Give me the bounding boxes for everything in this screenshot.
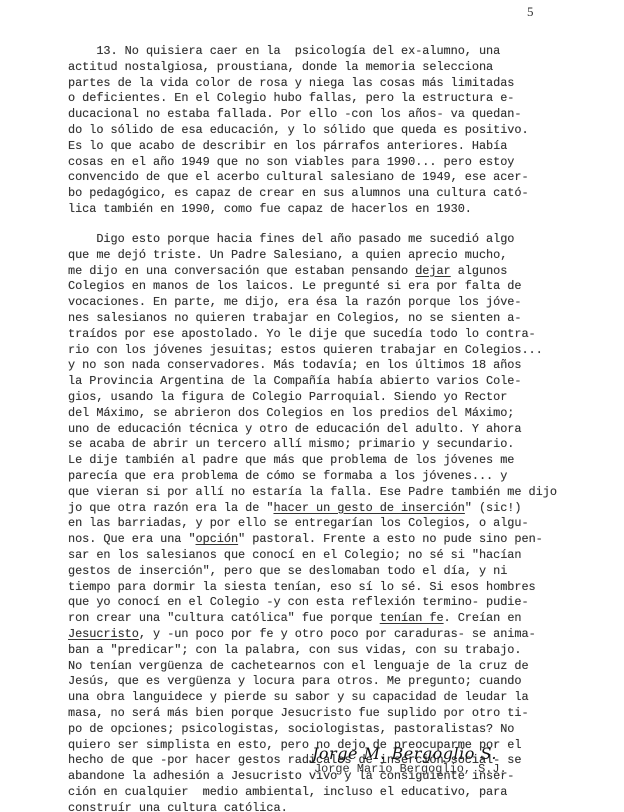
paragraph-digo-esto: Digo esto porque hacia fines del año pas… [68, 232, 624, 812]
text-line: jo que otra razón era la de "hacer un ge… [68, 501, 624, 517]
text-segment: uno de educación técnica y otro de educa… [68, 422, 521, 436]
text-segment: se acaba de abrir un tercero allí mismo;… [68, 437, 514, 451]
text-line: ban a "predicar"; con la palabra, con su… [68, 643, 624, 659]
text-segment: , y -un poco por fe y otro poco por cara… [139, 627, 536, 641]
text-segment: po de opciones; psicologistas, sociologi… [68, 722, 514, 736]
handwritten-signature: Jorge M. Bergoglio S. [312, 744, 497, 763]
text-line: Colegios en manos de los laicos. Le preg… [68, 279, 624, 295]
text-segment: la Provincia Argentina de la Compañía ha… [68, 374, 521, 388]
text-line: gios, usando la figura de Colegio Parroq… [68, 390, 624, 406]
text-line: se acaba de abrir un tercero allí mismo;… [68, 437, 624, 453]
text-line: convencido de que el acerbo cultural sal… [68, 170, 624, 186]
text-line: masa, no será más bien porque Jesucristo… [68, 706, 624, 722]
text-line: y no son nada conservadores. Más todavía… [68, 358, 624, 374]
text-segment: nes salesianos no quieren trabajar en Co… [68, 311, 521, 325]
text-line: nos. Que era una "opción" pastoral. Fren… [68, 532, 624, 548]
text-line: construír una cultura católica. [68, 801, 624, 812]
text-line: bo pedagógico, es capaz de crear en sus … [68, 186, 624, 202]
text-line: que me dejó triste. Un Padre Salesiano, … [68, 248, 624, 264]
text-segment: gestos de inserción", pero que se deslom… [68, 564, 507, 578]
text-segment: ducacional no estaba fallada. Por ello -… [68, 107, 521, 121]
text-line: traídos por ese apostolado. Yo le dije q… [68, 327, 624, 343]
text-segment: algunos [451, 264, 508, 278]
text-segment: bo pedagógico, es capaz de crear en sus … [68, 186, 529, 200]
text-segment: ron crear una "cultura católica" fue por… [68, 611, 380, 625]
text-segment: que me dejó triste. Un Padre Salesiano, … [68, 248, 507, 262]
underlined-phrase: opción [196, 532, 239, 546]
text-segment: gios, usando la figura de Colegio Parroq… [68, 390, 507, 404]
text-line: lica también en 1990, como fue capaz de … [68, 202, 624, 218]
text-line: po de opciones; psicologistas, sociologi… [68, 722, 624, 738]
text-line: que yo conocí en el Colegio -y con esta … [68, 595, 624, 611]
text-line: gestos de inserción", pero que se deslom… [68, 564, 624, 580]
paragraph-13: 13. No quisiera caer en la psicología de… [68, 44, 624, 218]
text-line: uno de educación técnica y otro de educa… [68, 422, 624, 438]
text-segment: construír una cultura católica. [68, 801, 288, 812]
text-segment: ban a "predicar"; con la palabra, con su… [68, 643, 521, 657]
text-segment: sar en los salesianos que conocí en el C… [68, 548, 521, 562]
text-segment: me dijo en una conversación que estaban … [68, 264, 415, 278]
text-segment: del Máximo, se abrieron dos Colegios en … [68, 406, 514, 420]
underlined-phrase: Jesucristo [68, 627, 139, 641]
text-line: en las barriadas, y por ello se entregar… [68, 516, 624, 532]
text-line: partes de la vida color de rosa y niega … [68, 76, 624, 92]
text-segment: do lo sólido de esa educación, y lo sóli… [68, 123, 529, 137]
text-segment: Es lo que acabo de describir en los párr… [68, 139, 507, 153]
text-line: do lo sólido de esa educación, y lo sóli… [68, 123, 624, 139]
text-segment: traídos por ese apostolado. Yo le dije q… [68, 327, 536, 341]
text-line: ción en cualquier medio ambiental, inclu… [68, 785, 624, 801]
text-segment: actitud nostalgiosa, proustiana, donde l… [68, 60, 493, 74]
text-segment: 13. No quisiera caer en la psicología de… [68, 44, 500, 58]
text-line: tiempo para dormir la siesta tenían, eso… [68, 580, 624, 596]
underlined-phrase: dejar [415, 264, 450, 278]
text-line: Le dije también al padre que más que pro… [68, 453, 624, 469]
text-segment: " (sic!) [465, 501, 522, 515]
text-segment: Jesús, que es vergüenza y locura para ot… [68, 674, 521, 688]
text-segment: rio con los jóvenes jesuitas; estos quie… [68, 343, 543, 357]
text-segment: No tenían vergüenza de cachetearnos con … [68, 659, 529, 673]
text-line: Jesús, que es vergüenza y locura para ot… [68, 674, 624, 690]
text-line: o deficientes. En el Colegio hubo fallas… [68, 91, 624, 107]
underlined-phrase: tenían fe [380, 611, 444, 625]
text-line: Digo esto porque hacia fines del año pas… [68, 232, 624, 248]
text-line: No tenían vergüenza de cachetearnos con … [68, 659, 624, 675]
text-segment: o deficientes. En el Colegio hubo fallas… [68, 91, 514, 105]
text-line: del Máximo, se abrieron dos Colegios en … [68, 406, 624, 422]
text-segment: en las barriadas, y por ello se entregar… [68, 516, 529, 530]
text-line: una obra languidece y pierde su sabor y … [68, 690, 624, 706]
text-line: cosas en el año 1949 que no son viables … [68, 155, 624, 171]
text-segment: ción en cualquier medio ambiental, inclu… [68, 785, 507, 799]
text-line: que vieran si por allí no estaría la fal… [68, 485, 624, 501]
text-segment: Digo esto porque hacia fines del año pas… [68, 232, 514, 246]
text-line: la Provincia Argentina de la Compañía ha… [68, 374, 624, 390]
text-line: 13. No quisiera caer en la psicología de… [68, 44, 624, 60]
text-segment: vocaciones. En parte, me dijo, era ésa l… [68, 295, 521, 309]
text-segment: Colegios en manos de los laicos. Le preg… [68, 279, 521, 293]
text-segment: Le dije también al padre que más que pro… [68, 453, 514, 467]
text-segment: jo que otra razón era la de " [68, 501, 273, 515]
text-segment: una obra languidece y pierde su sabor y … [68, 690, 529, 704]
text-line: actitud nostalgiosa, proustiana, donde l… [68, 60, 624, 76]
text-line: Es lo que acabo de describir en los párr… [68, 139, 624, 155]
text-line: vocaciones. En parte, me dijo, era ésa l… [68, 295, 624, 311]
page-number: 5 [527, 4, 534, 20]
text-segment: masa, no será más bien porque Jesucristo… [68, 706, 529, 720]
text-line: rio con los jóvenes jesuitas; estos quie… [68, 343, 624, 359]
text-segment: convencido de que el acerbo cultural sal… [68, 170, 529, 184]
text-line: sar en los salesianos que conocí en el C… [68, 548, 624, 564]
typed-signature: Jorge Mario Bergoglio, S.J. [314, 762, 507, 776]
text-segment: nos. Que era una " [68, 532, 196, 546]
text-line: nes salesianos no quieren trabajar en Co… [68, 311, 624, 327]
text-segment: " pastoral. Frente a esto no pude sino p… [238, 532, 543, 546]
text-segment: lica también en 1990, como fue capaz de … [68, 202, 472, 216]
text-segment: . Creían en [444, 611, 522, 625]
text-segment: y no son nada conservadores. Más todavía… [68, 358, 521, 372]
underlined-phrase: hacer un gesto de inserción [273, 501, 464, 515]
text-segment: que vieran si por allí no estaría la fal… [68, 485, 557, 499]
text-segment: que yo conocí en el Colegio -y con esta … [68, 595, 529, 609]
text-segment: parecía que era problema de cómo se form… [68, 469, 507, 483]
text-line: me dijo en una conversación que estaban … [68, 264, 624, 280]
text-line: ducacional no estaba fallada. Por ello -… [68, 107, 624, 123]
text-segment: tiempo para dormir la siesta tenían, eso… [68, 580, 536, 594]
text-line: Jesucristo, y -un poco por fe y otro poc… [68, 627, 624, 643]
text-line: ron crear una "cultura católica" fue por… [68, 611, 624, 627]
text-line: parecía que era problema de cómo se form… [68, 469, 624, 485]
text-segment: partes de la vida color de rosa y niega … [68, 76, 514, 90]
text-segment: cosas en el año 1949 que no son viables … [68, 155, 514, 169]
